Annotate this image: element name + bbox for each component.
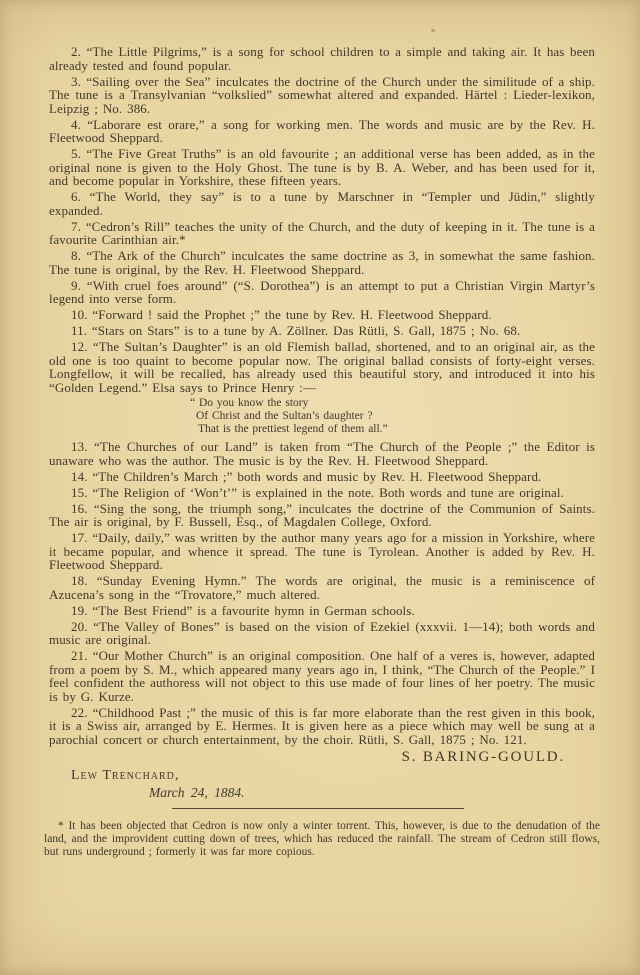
paragraph-7: 7. “Cedron’s Rill” teaches the unity of … xyxy=(49,220,595,247)
paragraph-text: “The Children’s March ;” both words and … xyxy=(92,469,541,484)
paragraph-text: “Sailing over the Sea” inculcates the do… xyxy=(49,74,595,116)
verse-line: “ Do you know the story xyxy=(190,397,595,410)
paragraph-text: “The Religion of ‘Won’t’” is explained i… xyxy=(92,485,564,500)
paragraph-18: 18. “Sunday Evening Hymn.” The words are… xyxy=(49,574,595,601)
verse-line: Of Christ and the Sultan’s daughter ? xyxy=(196,410,595,423)
paragraph-text: “With cruel foes around” (“S. Dorothea”)… xyxy=(49,278,595,307)
paragraph-text: “Forward ! said the Prophet ;” the tune … xyxy=(92,307,491,322)
date-line: March 24, 1884. xyxy=(149,785,595,801)
paragraph-12: 12. “The Sultan’s Daughter” is an old Fl… xyxy=(49,340,595,394)
footnote: * It has been objected that Cedron is no… xyxy=(44,820,600,860)
paragraph-21: 21. “Our Mother Church” is an original c… xyxy=(49,649,595,703)
paragraph-10: 10. “Forward ! said the Prophet ;” the t… xyxy=(49,308,595,322)
paragraph-14: 14. “The Children’s March ;” both words … xyxy=(49,470,595,484)
paragraph-5: 5. “The Five Great Truths” is an old fav… xyxy=(49,147,595,188)
paragraph-9: 9. “With cruel foes around” (“S. Dorothe… xyxy=(49,279,595,306)
footnote-separator-rule xyxy=(172,808,464,809)
paragraph-16: 16. “Sing the song, the triumph song,” i… xyxy=(49,502,595,529)
paragraph-6: 6. “The World, they say” is to a tune by… xyxy=(49,190,595,217)
paragraph-text: “The Ark of the Church” inculcates the s… xyxy=(49,248,595,277)
paragraph-13: 13. “The Churches of our Land” is taken … xyxy=(49,440,595,467)
paragraph-text: “The Churches of our Land” is taken from… xyxy=(49,439,595,468)
paragraph-15: 15. “The Religion of ‘Won’t’” is explain… xyxy=(49,486,595,500)
paragraph-text: “The Five Great Truths” is an old favour… xyxy=(49,146,595,188)
paragraph-text: “Our Mother Church” is an original compo… xyxy=(49,648,595,704)
paragraph-text: “Cedron’s Rill” teaches the unity of the… xyxy=(49,219,595,248)
paragraph-19: 19. “The Best Friend” is a favourite hym… xyxy=(49,604,595,618)
text-flow: 2. “The Little Pilgrims,” is a song for … xyxy=(49,45,595,860)
paragraph-text: “The Best Friend” is a favourite hymn in… xyxy=(92,603,414,618)
paragraph-number: 10. xyxy=(71,307,92,322)
paragraph-17: 17. “Daily, daily,” was written by the a… xyxy=(49,531,595,572)
paragraph-text: “Laborare est orare,” a song for working… xyxy=(49,117,595,146)
place-line: Lew Trenchard, xyxy=(71,768,595,784)
paragraph-4: 4. “Laborare est orare,” a song for work… xyxy=(49,118,595,145)
paragraph-text: “Stars on Stars” is to a tune by A. Zöll… xyxy=(92,323,520,338)
paragraph-number: 11. xyxy=(71,323,92,338)
paragraph-11: 11. “Stars on Stars” is to a tune by A. … xyxy=(49,324,595,338)
paragraph-text: “Sunday Evening Hymn.” The words are ori… xyxy=(49,573,595,602)
author-signature: S. BARING-GOULD. xyxy=(49,749,565,766)
paragraph-8: 8. “The Ark of the Church” inculcates th… xyxy=(49,249,595,276)
paragraph-22: 22. “Childhood Past ;” the music of this… xyxy=(49,706,595,747)
paragraph-text: “The Sultan’s Daughter” is an old Flemis… xyxy=(49,339,595,395)
paragraph-text: “The World, they say” is to a tune by Ma… xyxy=(49,189,595,218)
paragraph-number: 19. xyxy=(71,603,92,618)
paragraph-text: “Childhood Past ;” the music of this is … xyxy=(49,705,595,747)
page-speck xyxy=(431,29,435,32)
verse-quote: “ Do you know the storyOf Christ and the… xyxy=(190,397,595,436)
paragraph-3: 3. “Sailing over the Sea” inculcates the… xyxy=(49,75,595,116)
book-page: 2. “The Little Pilgrims,” is a song for … xyxy=(0,0,640,975)
paragraph-text: “The Valley of Bones” is based on the vi… xyxy=(49,619,595,648)
paragraph-text: “Sing the song, the triumph song,” incul… xyxy=(49,501,595,530)
paragraph-20: 20. “The Valley of Bones” is based on th… xyxy=(49,620,595,647)
paragraph-text: “Daily, daily,” was written by the autho… xyxy=(49,530,595,572)
verse-line: That is the prettiest legend of them all… xyxy=(198,423,595,436)
paragraph-number: 14. xyxy=(71,469,92,484)
paragraph-number: 15. xyxy=(71,485,92,500)
paragraph-2: 2. “The Little Pilgrims,” is a song for … xyxy=(49,45,595,72)
paragraph-text: “The Little Pilgrims,” is a song for sch… xyxy=(49,44,595,73)
